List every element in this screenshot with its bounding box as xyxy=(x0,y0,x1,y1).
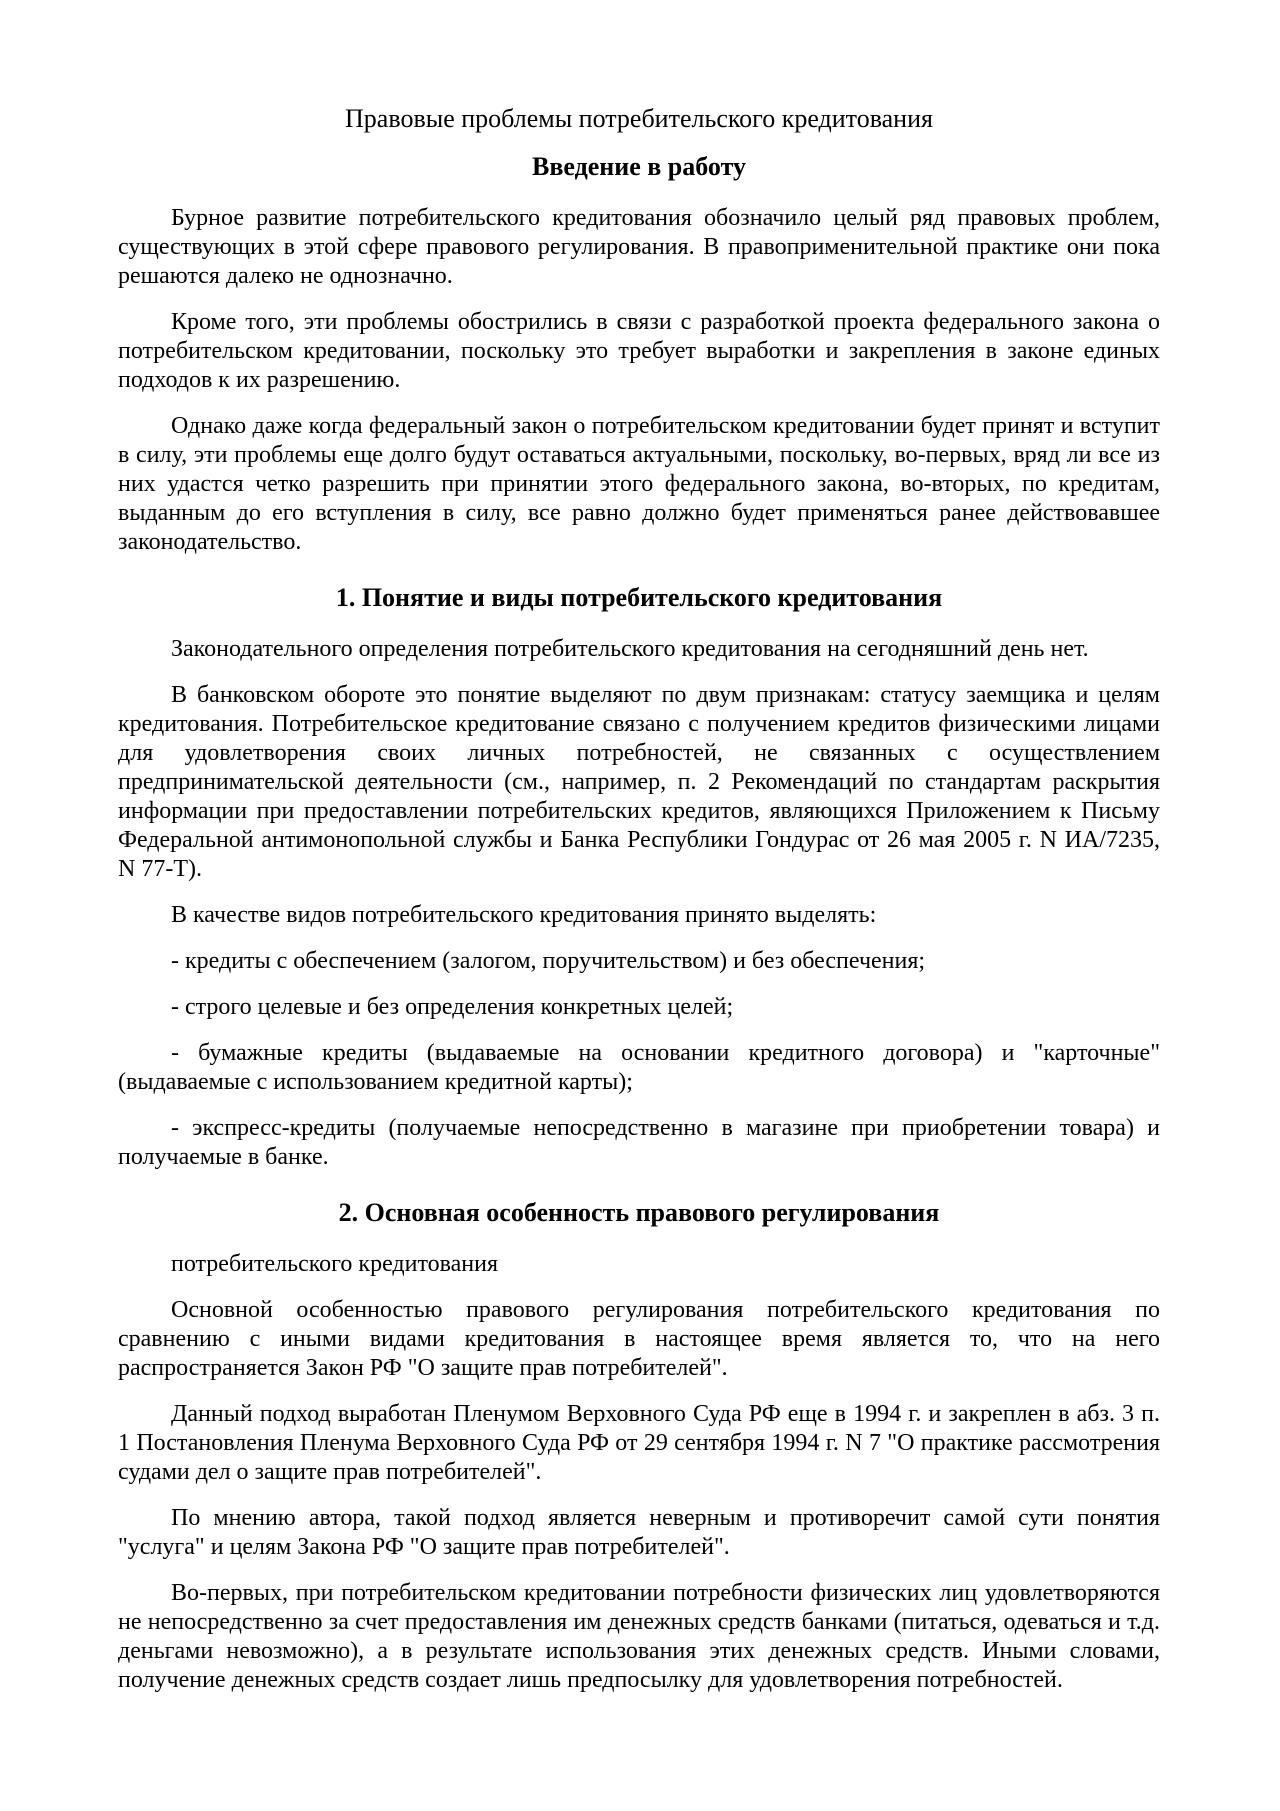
section-heading-continuation: потребительского кредитования xyxy=(118,1250,1160,1279)
paragraph: Бурное развитие потребительского кредито… xyxy=(118,204,1160,291)
list-item-paragraph: - экспресс-кредиты (получаемые непосредс… xyxy=(118,1114,1160,1172)
document-title: Правовые проблемы потребительского креди… xyxy=(118,102,1160,136)
list-item-paragraph: - кредиты с обеспечением (залогом, поруч… xyxy=(118,947,1160,976)
list-item-paragraph: - строго целевые и без определения конкр… xyxy=(118,993,1160,1022)
paragraph: Во-первых, при потребительском кредитова… xyxy=(118,1579,1160,1695)
paragraph: В банковском обороте это понятие выделяю… xyxy=(118,681,1160,884)
paragraph: В качестве видов потребительского кредит… xyxy=(118,901,1160,930)
section-heading-1: 1. Понятие и виды потребительского креди… xyxy=(118,581,1160,615)
paragraph: По мнению автора, такой подход является … xyxy=(118,1504,1160,1562)
list-item-paragraph: - бумажные кредиты (выдаваемые на основа… xyxy=(118,1039,1160,1097)
document-page: Правовые проблемы потребительского креди… xyxy=(0,0,1280,1811)
paragraph: Основной особенностью правового регулиро… xyxy=(118,1296,1160,1383)
paragraph: Законодательного определения потребитель… xyxy=(118,635,1160,664)
section-heading-2: 2. Основная особенность правового регули… xyxy=(118,1196,1160,1230)
paragraph: Однако даже когда федеральный закон о по… xyxy=(118,412,1160,557)
paragraph: Кроме того, эти проблемы обострились в с… xyxy=(118,308,1160,395)
paragraph: Данный подход выработан Пленумом Верховн… xyxy=(118,1400,1160,1487)
section-heading-introduction: Введение в работу xyxy=(118,150,1160,184)
